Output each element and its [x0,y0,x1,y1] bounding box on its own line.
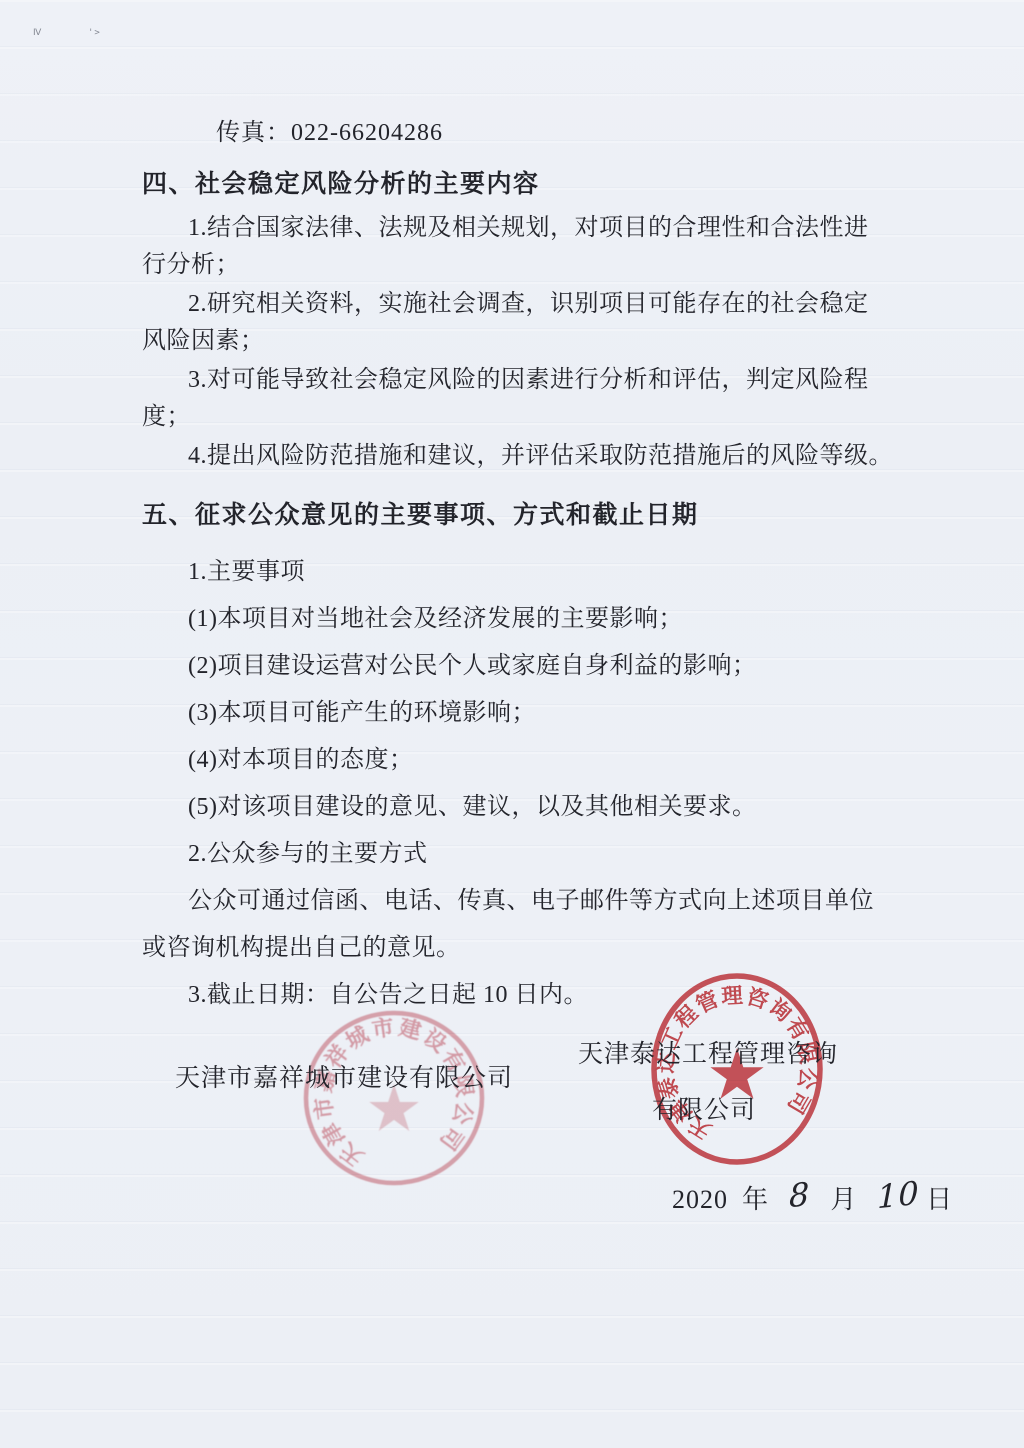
text-line: (4)对本项目的态度； [142,737,906,784]
right-company-name-line2: 有限公司 [652,1090,756,1126]
left-company-name: 天津市嘉祥城市建设有限公司 [175,1058,513,1094]
text-line: 1.主要事项 [142,549,906,596]
text-line: (3)本项目可能产生的环境影响； [142,690,906,737]
date-year: 2020 [672,1185,728,1214]
text-line: (5)对该项目建设的意见、建议，以及其他相关要求。 [142,784,906,831]
text-line: 3.对可能导致社会稳定风险的因素进行分析和评估，判定风险程 [142,362,906,399]
fax-line: 传真：022-66204286 [142,116,906,150]
text-line: 公众可通过信函、电话、传真、电子邮件等方式向上述项目单位 [142,878,906,925]
section-5-content: 1.主要事项 (1)本项目对当地社会及经济发展的主要影响； (2)项目建设运营对… [142,549,906,1019]
paragraph: 3.对可能导致社会稳定风险的因素进行分析和评估，判定风险程 度； [142,362,906,436]
text-line: 行分析； [142,247,906,284]
document-body: 传真：022-66204286 四、社会稳定风险分析的主要内容 1.结合国家法律… [0,0,1024,1019]
text-line: 度； [142,399,906,436]
handwritten-month: 8 [789,1175,810,1215]
date-year-unit: 年 [742,1185,769,1214]
section-heading-5: 五、征求公众意见的主要事项、方式和截止日期 [142,497,906,533]
paragraph: 4.提出风险防范措施和建议，并评估采取防范措施后的风险等级。 [142,438,906,475]
scanned-document-page: Ⅳ '> 传真：022-66204286 四、社会稳定风险分析的主要内容 1.结… [0,0,1024,1448]
section-heading-4: 四、社会稳定风险分析的主要内容 [142,166,906,202]
paragraph: 2.研究相关资料，实施社会调查，识别项目可能存在的社会稳定 风险因素； [142,286,906,360]
date-day-unit: 日 [926,1185,953,1214]
text-line: (2)项目建设运营对公民个人或家庭自身利益的影响； [142,643,906,690]
handwritten-day: 10 [878,1174,920,1217]
text-line: 2.公众参与的主要方式 [142,831,906,878]
text-line: 1.结合国家法律、法规及相关规划，对项目的合理性和合法性进 [142,210,906,247]
company-seal-left: 天津市嘉祥城市建设有限公司 [299,1006,489,1190]
paragraph: 1.结合国家法律、法规及相关规划，对项目的合理性和合法性进 行分析； [142,210,906,284]
right-company-name-line1: 天津泰达工程管理咨询 [578,1034,838,1070]
text-line: 或咨询机构提出自己的意见。 [142,925,906,972]
section-4-content: 1.结合国家法律、法规及相关规划，对项目的合理性和合法性进 行分析； 2.研究相… [142,210,906,475]
text-line: (1)本项目对当地社会及经济发展的主要影响； [142,596,906,643]
text-line: 4.提出风险防范措施和建议，并评估采取防范措施后的风险等级。 [142,438,906,475]
date-month-unit: 月 [830,1185,857,1214]
date-line: 2020年8月10日 [672,1178,953,1216]
text-line: 2.研究相关资料，实施社会调查，识别项目可能存在的社会稳定 [142,286,906,323]
text-line: 风险因素； [142,323,906,360]
